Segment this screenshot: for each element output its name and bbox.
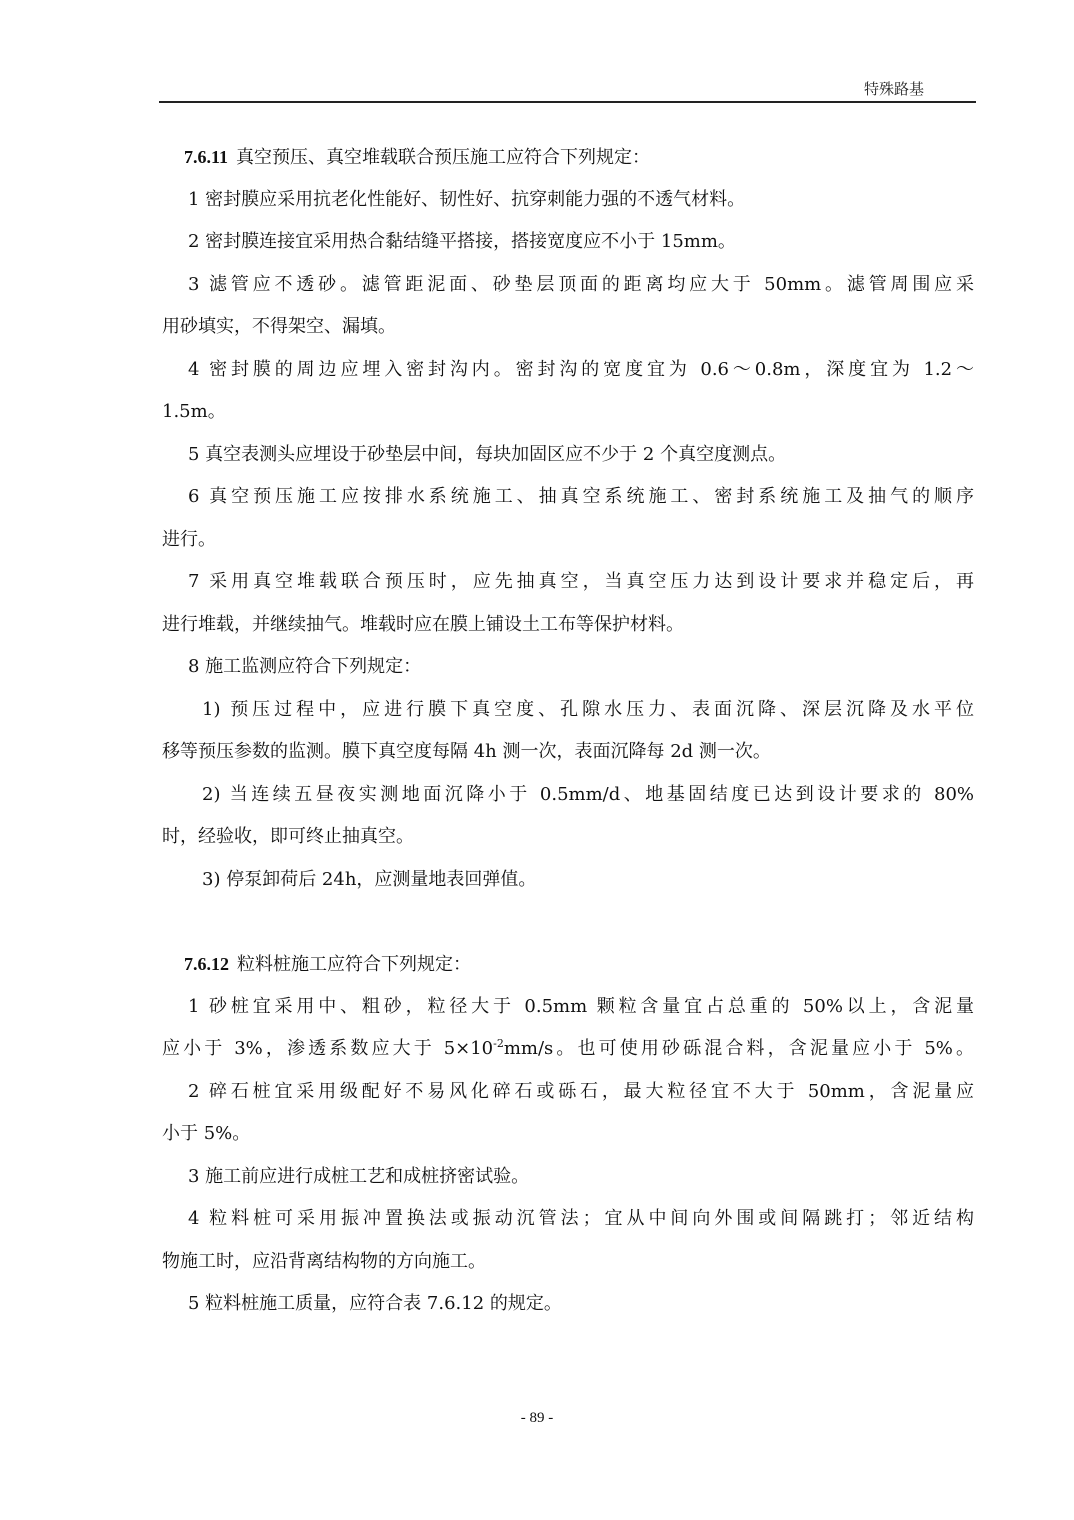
section-heading-7-6-12: 7.6.12粒料桩施工应符合下列规定： (162, 943, 974, 986)
section-title: 真空预压、真空堆载联合预压施工应符合下列规定： (236, 147, 650, 168)
sub-clause-item: 3) 停泵卸荷后 24h，应测量地表回弹值。 (162, 859, 974, 902)
exponent: -2 (493, 1037, 504, 1050)
running-header-title: 特殊路基 (864, 78, 924, 99)
clause-item: 7 采用真空堆载联合预压时，应先抽真空，当真空压力达到设计要求并稳定后，再 (162, 561, 974, 604)
section-title: 粒料桩施工应符合下列规定： (237, 954, 471, 975)
clause-item-continued: 进行。 (162, 519, 974, 562)
clause-item: 1 砂桩宜采用中、粗砂，粒径大于 0.5mm 颗粒含量宜占总重的 50%以上，含… (162, 986, 974, 1029)
clause-item-continued: 用砂填实，不得架空、漏填。 (162, 306, 974, 349)
clause-item: 1 密封膜应采用抗老化性能好、韧性好、抗穿刺能力强的不透气材料。 (162, 179, 974, 222)
sub-clause-item-continued: 移等预压参数的监测。膜下真空度每隔 4h 测一次，表面沉降每 2d 测一次。 (162, 731, 974, 774)
clause-item: 8 施工监测应符合下列规定： (162, 646, 974, 689)
clause-item: 4 粒料桩可采用振冲置换法或振动沉管法；宜从中间向外围或间隔跳打；邻近结构 (162, 1198, 974, 1241)
section-heading-7-6-11: 7.6.11真空预压、真空堆载联合预压施工应符合下列规定： (162, 136, 974, 179)
sub-clause-item-continued: 时，经验收，即可终止抽真空。 (162, 816, 974, 859)
clause-item: 4 密封膜的周边应埋入密封沟内。密封沟的宽度宜为 0.6～0.8m，深度宜为 1… (162, 349, 974, 392)
page-body: 7.6.11真空预压、真空堆载联合预压施工应符合下列规定： 1 密封膜应采用抗老… (162, 136, 974, 1326)
text-run: mm/s。也可使用砂砾混合料，含泥量应小于 5%。 (504, 1038, 974, 1059)
clause-item-continued: 小于 5%。 (162, 1113, 974, 1156)
sub-clause-item: 2) 当连续五昼夜实测地面沉降小于 0.5mm/d、地基固结度已达到设计要求的 … (162, 774, 974, 817)
text-run: 应小于 3%，渗透系数应大于 5×10 (162, 1038, 493, 1059)
clause-item: 2 密封膜连接宜采用热合黏结缝平搭接，搭接宽度应不小于 15mm。 (162, 221, 974, 264)
section-spacer (162, 901, 974, 943)
clause-item: 5 真空表测头应埋设于砂垫层中间，每块加固区应不少于 2 个真空度测点。 (162, 434, 974, 477)
clause-item-continued: 物施工时，应沿背离结构物的方向施工。 (162, 1241, 974, 1284)
header-rule (159, 101, 976, 103)
clause-item-continued: 进行堆载，并继续抽气。堆载时应在膜上铺设土工布等保护材料。 (162, 604, 974, 647)
section-number: 7.6.11 (184, 147, 228, 167)
page-number: - 89 - (0, 1410, 1074, 1427)
sub-clause-item: 1) 预压过程中，应进行膜下真空度、孔隙水压力、表面沉降、深层沉降及水平位 (162, 689, 974, 732)
clause-item-continued: 1.5m。 (162, 391, 974, 434)
clause-item: 3 滤管应不透砂。滤管距泥面、砂垫层顶面的距离均应大于 50mm。滤管周围应采 (162, 264, 974, 307)
clause-item: 3 施工前应进行成桩工艺和成桩挤密试验。 (162, 1156, 974, 1199)
section-number: 7.6.12 (184, 954, 229, 974)
clause-item: 6 真空预压施工应按排水系统施工、抽真空系统施工、密封系统施工及抽气的顺序 (162, 476, 974, 519)
clause-item-continued: 应小于 3%，渗透系数应大于 5×10-2mm/s。也可使用砂砾混合料，含泥量应… (162, 1028, 974, 1071)
clause-item: 2 碎石桩宜采用级配好不易风化碎石或砾石，最大粒径宜不大于 50mm，含泥量应 (162, 1071, 974, 1114)
clause-item: 5 粒料桩施工质量，应符合表 7.6.12 的规定。 (162, 1283, 974, 1326)
